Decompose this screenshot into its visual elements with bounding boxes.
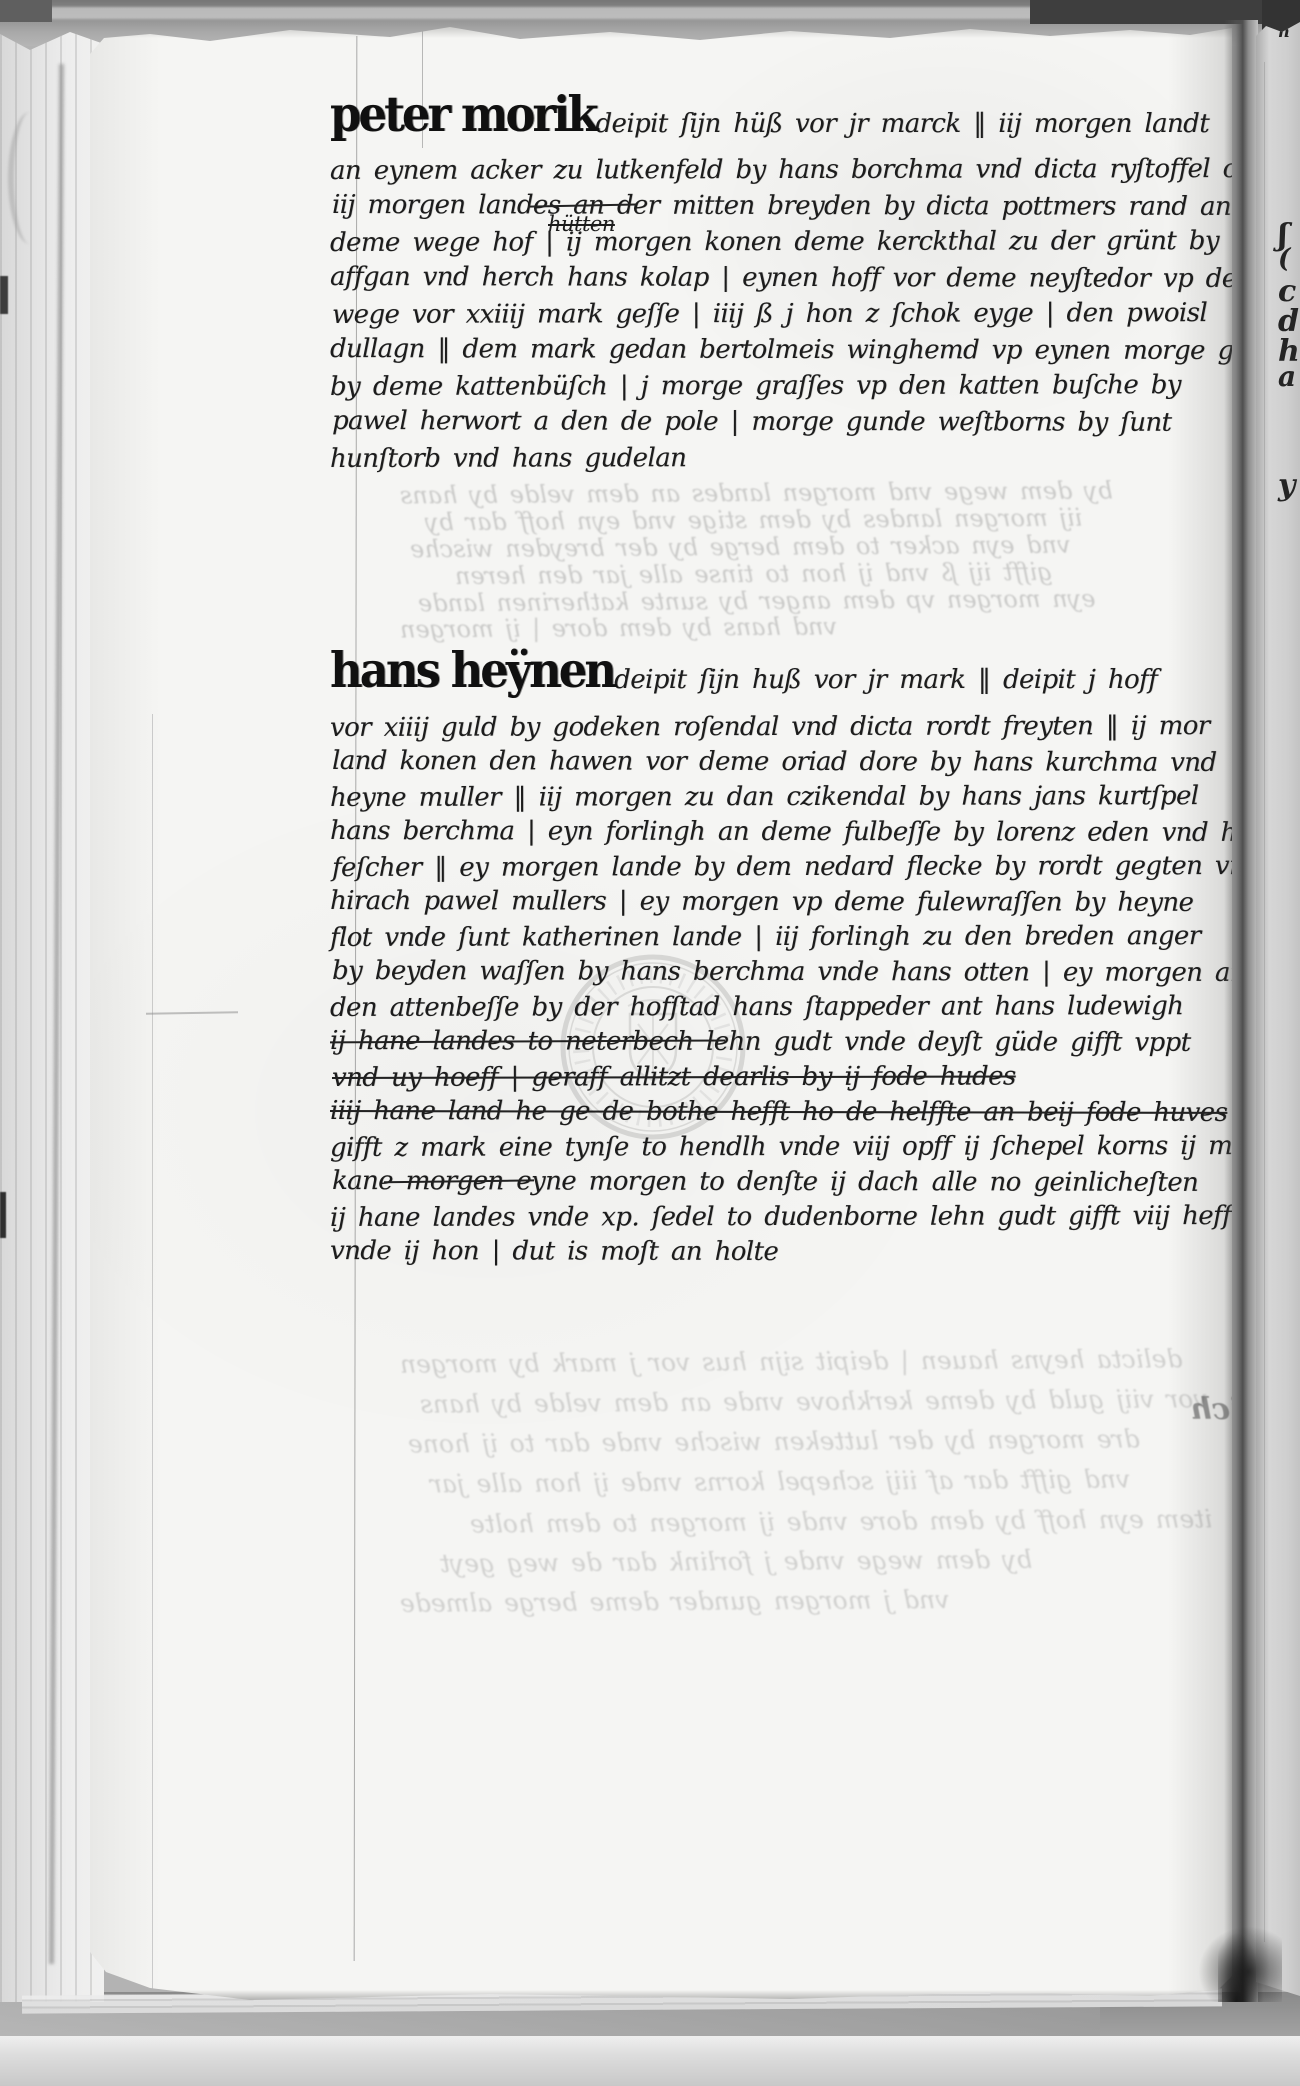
page-edge-curl <box>8 112 52 244</box>
sliver-crease-line <box>1264 62 1265 1942</box>
edge-ink-mark <box>0 276 8 314</box>
entry-first-line: hans heÿnen deipit ſijn huß vor jr mark … <box>330 646 1232 710</box>
entry-line: flot vnde ſunt katherinen lande | iij fo… <box>330 919 1232 956</box>
entry-heading: peter morik <box>330 86 596 143</box>
entry-line: deme wege hof | ij morgen konen deme ker… <box>330 223 1232 261</box>
bottom-corner-shadow <box>1198 1926 1282 2002</box>
bleedthrough-line: delicta heyns hauen | deipit sijn hus vo… <box>400 1339 1183 1384</box>
left-page-stack <box>0 24 104 2002</box>
entry-line: vnde ij hon | dut is moſt an holte <box>330 1234 1232 1271</box>
background-top-left-dark <box>0 0 52 22</box>
entry-line: land konen den hawen vor deme oriad dore… <box>332 744 1232 781</box>
table-surface <box>0 2036 1300 2086</box>
edge-text-fragment: y <box>1278 468 1295 503</box>
entry-line: affgan vnd herch hans kolap | eynen hoff… <box>330 259 1232 297</box>
entry-line: vnd uy hoeff | geraff allitzt dearlis by… <box>332 1059 1232 1096</box>
entry-line: heyne muller ‖ iij morgen zu dan czikend… <box>330 779 1232 816</box>
entry-line: pawel herwort a den de pole | morge gund… <box>332 403 1232 441</box>
entry-first-line-text: deipit ſijn huß vor jr mark ‖ deipit j h… <box>614 665 1157 695</box>
entry-line: by deme kattenbüſch | j morge graſſes vp… <box>330 367 1232 405</box>
interline-insertion: hütten <box>548 212 615 236</box>
entry-hans-heynen: hans heÿnen deipit ſijn huß vor jr mark … <box>330 646 1232 1270</box>
entry-line: iij morgen landes an der mitten breyden … <box>332 187 1232 225</box>
entry-line: hirach pawel mullers | ey morgen vp deme… <box>330 884 1232 921</box>
margin-dash <box>146 1011 238 1015</box>
edge-ink-mark <box>0 1192 6 1238</box>
gutter-shadow <box>1224 20 1258 2002</box>
adjacent-page-sliver: ʃ(cdhayn <box>1256 22 1300 1996</box>
bleedthrough-line: vnd hans by dem dore | ij morgen <box>400 613 837 643</box>
bleedthrough-line: by dem wege vnde j forlink dar de weg ge… <box>440 1540 1033 1584</box>
entry-peter-morik: peter morik deipit ſijn hüß vor jr marck… <box>330 90 1232 476</box>
entry-line: wege vor xxiiij mark geſſe | iiij ß j ho… <box>332 295 1232 333</box>
entry-line: vor xiiij guld by godeken roſendal vnd d… <box>330 709 1232 746</box>
bleedthrough-line: dre morgen by der lutteken wische vnde d… <box>408 1419 1140 1464</box>
manuscript-page: peter morik deipit ſijn hüß vor jr marck… <box>90 24 1232 2000</box>
entry-first-line-text: deipit ſijn hüß vor jr marck ‖ iij morge… <box>596 109 1210 139</box>
bleedthrough-block: delicta heyns hauen | deipit sijn hus vo… <box>400 1342 1232 1622</box>
entry-line: ij hane landes vnde xp. ſedel to dudenbo… <box>330 1199 1232 1236</box>
entry-heading: hans heÿnen <box>330 642 614 699</box>
edge-text-fragment: a <box>1278 360 1296 393</box>
entry-lines: vor xiiij guld by godeken roſendal vnd d… <box>330 710 1232 1270</box>
entry-line: den attenbeſſe by der hofſtad hans ſtapp… <box>330 989 1232 1026</box>
lower-crease-line <box>152 714 153 1989</box>
bleedthrough-line: vnd j morgen gunder deme berge almede <box>400 1580 950 1624</box>
bleedthrough-line: item eyn hoff by dem dore vnde ij morgen… <box>470 1499 1213 1544</box>
background-top-right-dark <box>1030 0 1300 24</box>
bleedthrough-block: by dem wege vnd morgen landes an dem vel… <box>400 480 1232 642</box>
bleedthrough-line: vnd gifft dar af iiij schepel korns vnde… <box>430 1460 1130 1505</box>
manuscript-photo: peter morik deipit ſijn hüß vor jr marck… <box>0 0 1300 2086</box>
edge-text-fragment: ( <box>1278 244 1290 274</box>
entry-line: gifft z mark eine tynſe to hendlh vnde v… <box>330 1129 1232 1166</box>
entry-line: hans berchma | eyn forlingh an deme fulb… <box>330 814 1232 851</box>
entry-line: by beyden waſſen by hans berchma vnde ha… <box>332 954 1232 991</box>
entry-line: iiij hane land he ge de bothe hefft ho d… <box>330 1094 1232 1131</box>
entry-line: ij hane landes to neterbech lehn gudt vn… <box>330 1024 1232 1061</box>
archive-stamp <box>558 952 748 1142</box>
entry-line: dullagn ‖ dem mark gedan bertolmeis wing… <box>330 331 1232 369</box>
entry-lines: an eynem acker zu lutkenfeld by hans bor… <box>330 152 1232 476</box>
entry-line: feſcher ‖ ey morgen lande by dem nedard … <box>332 849 1232 886</box>
bleedthrough-line: vor viij guld by deme kerkhove vnde an d… <box>420 1379 1208 1424</box>
handwritten-text-block: peter morik deipit ſijn hüß vor jr marck… <box>330 90 1232 1730</box>
entry-first-line: peter morik deipit ſijn hüß vor jr marck… <box>330 90 1232 152</box>
page-edge-crease <box>49 64 64 1964</box>
background-top-highlight <box>0 7 1120 19</box>
entry-line: kane morgen eyne morgen to denſte ij dac… <box>332 1164 1232 1201</box>
entry-line: hunſtorb vnd hans gudelan <box>330 439 1232 477</box>
entry-line: an eynem acker zu lutkenfeld by hans bor… <box>330 151 1232 189</box>
